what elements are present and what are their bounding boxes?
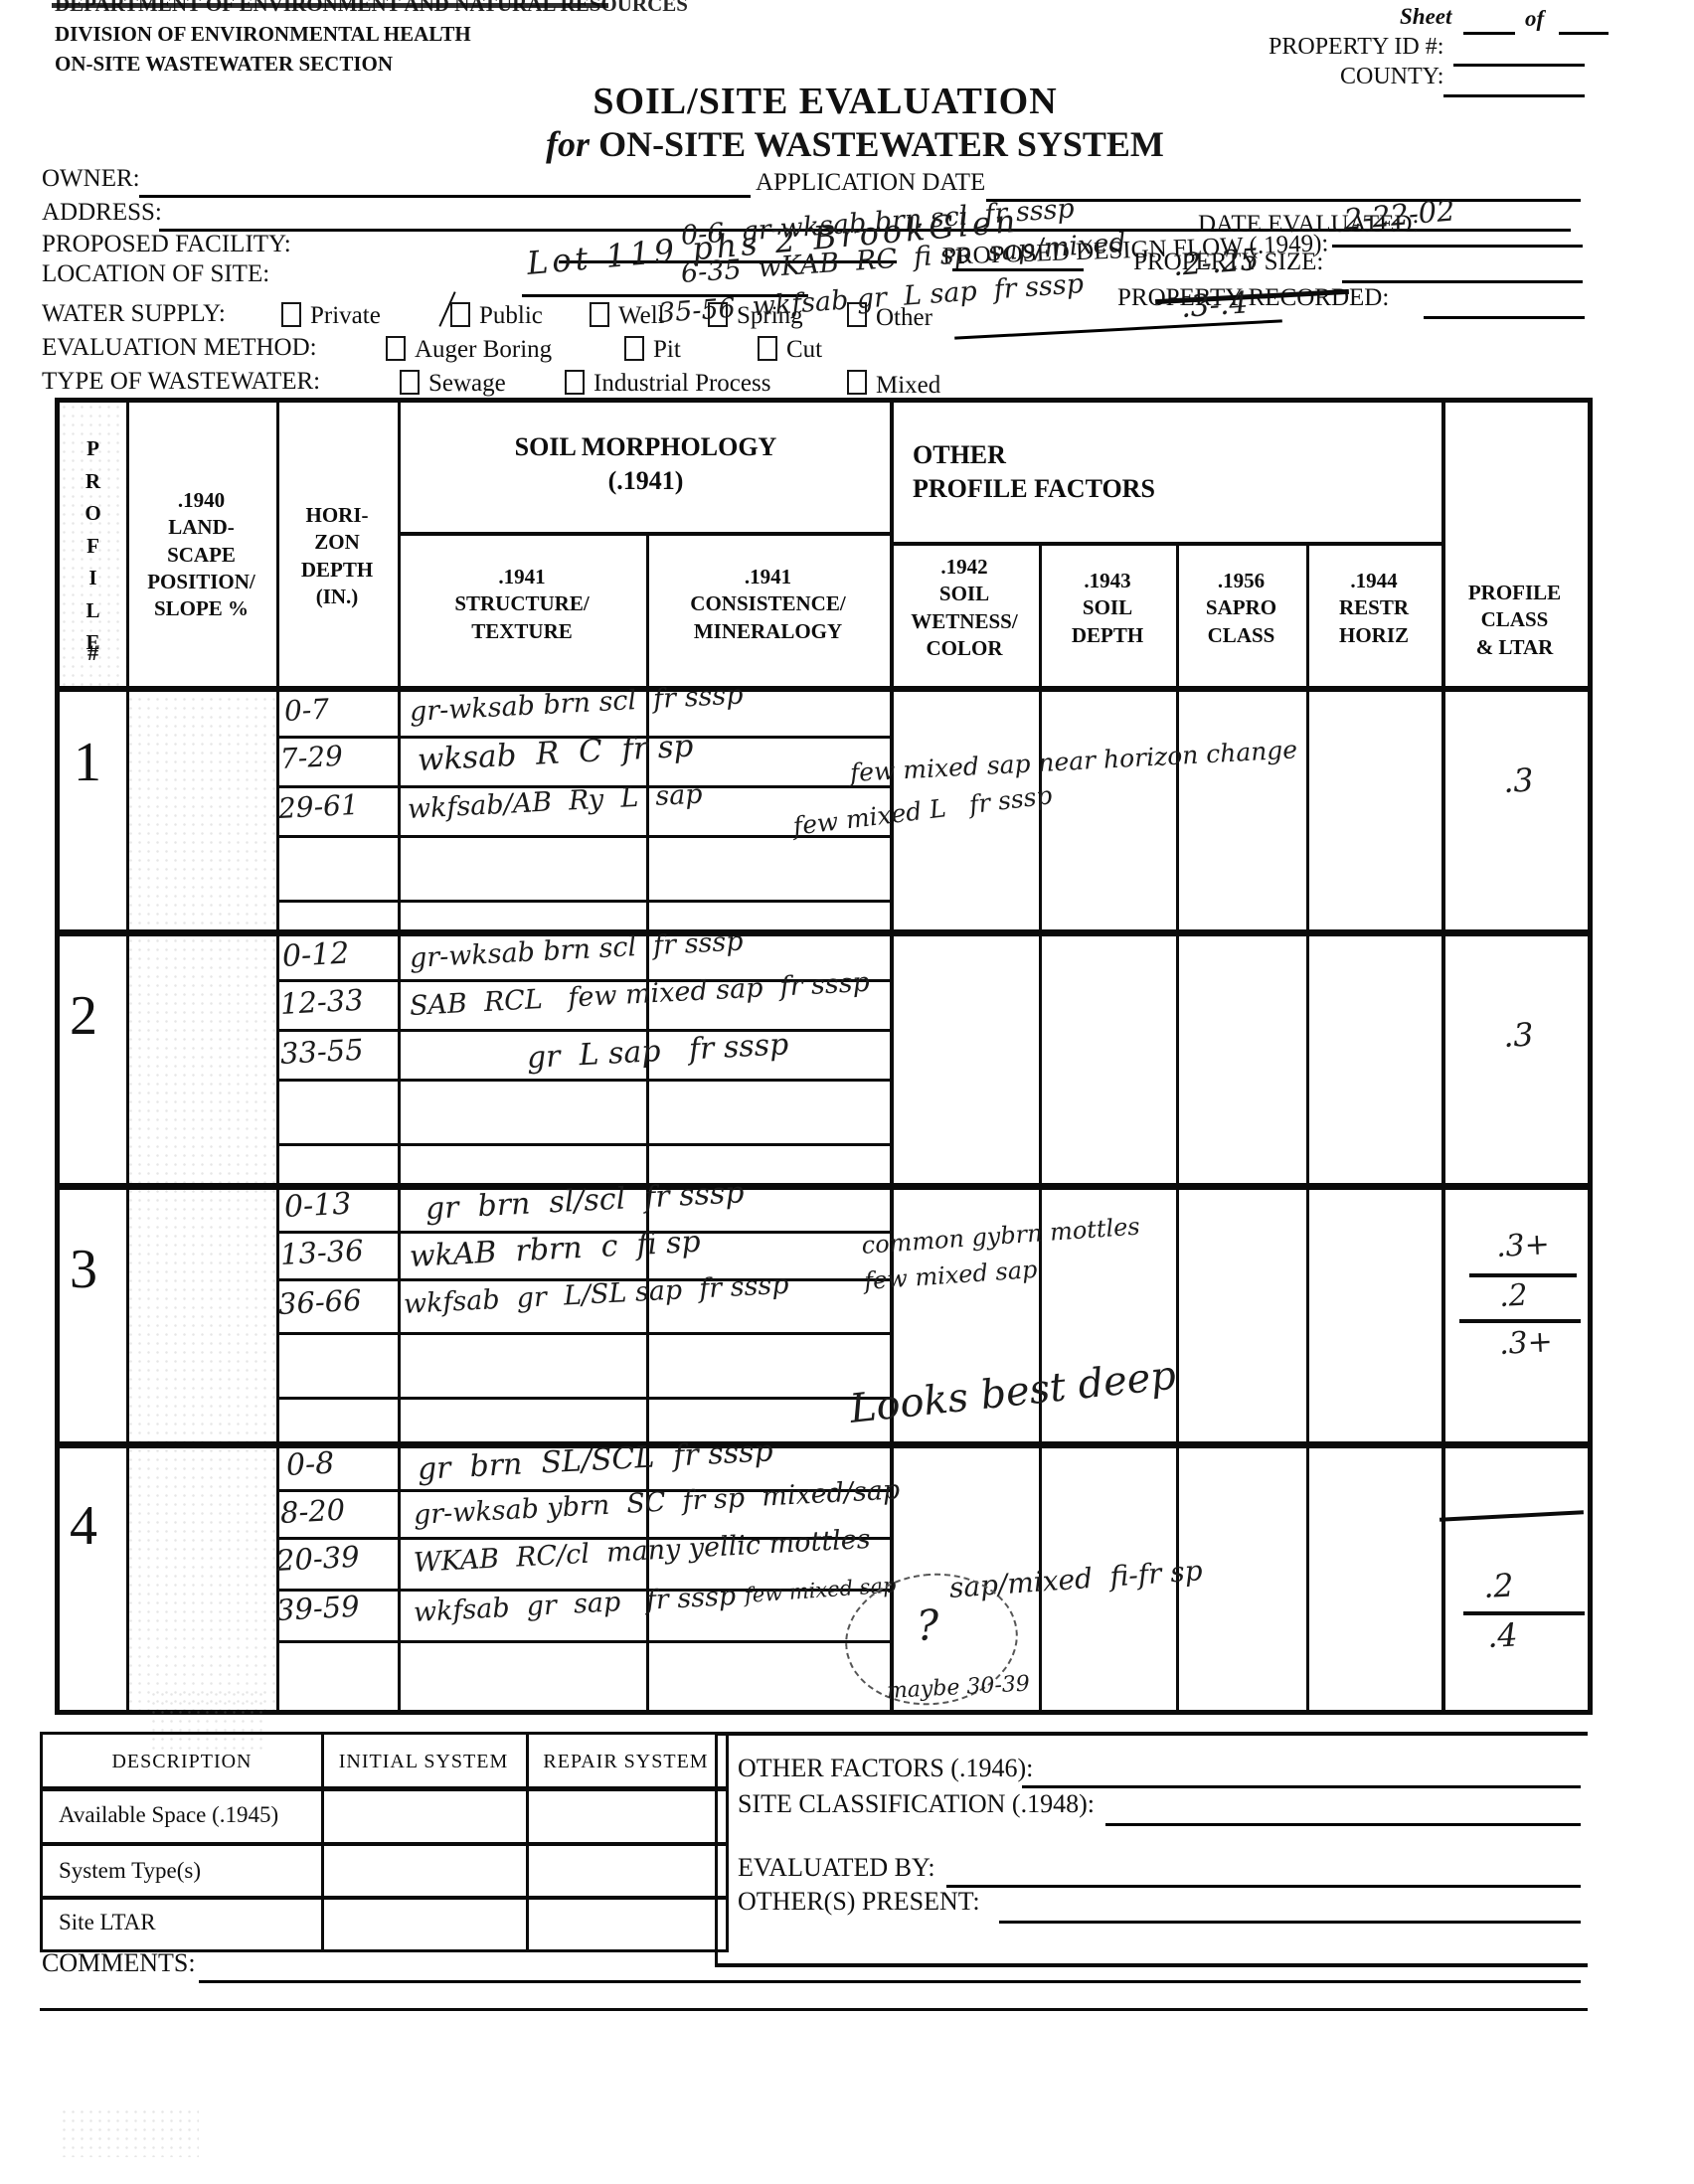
profile-column-header: P R O F I L E (60, 432, 126, 659)
owner-blank[interactable] (139, 195, 751, 198)
property-id-blank[interactable] (1453, 64, 1585, 67)
comments-blank[interactable] (199, 1980, 1581, 1983)
wastewater-type-label: TYPE OF WASTEWATER: (42, 368, 320, 396)
page-bottom-line (40, 2008, 1588, 2011)
site-classification-label: SITE CLASSIFICATION (.1948): (738, 1789, 1095, 1819)
eval-cut-label: Cut (786, 336, 822, 364)
p3-h2-depth: 13-36 (279, 1234, 364, 1271)
others-present-blank[interactable] (999, 1921, 1581, 1924)
profile-separator (60, 929, 1588, 936)
property-recorded-blank[interactable] (1424, 316, 1585, 319)
p3-class-value-3: .3+ (1498, 1324, 1554, 1362)
p3-class-value-1: .3+ (1495, 1227, 1551, 1264)
site-ltar-row-label: Site LTAR (59, 1910, 156, 1935)
p1-h1-depth: 0-7 (283, 693, 330, 728)
eval-cut-checkbox[interactable] (758, 336, 777, 361)
location-of-site-label: LOCATION OF SITE: (42, 260, 269, 288)
evaluated-by-blank[interactable] (946, 1885, 1581, 1888)
ww-sewage-label: Sewage (428, 370, 506, 398)
application-date-label: APPLICATION DATE (756, 169, 985, 197)
p1-h2-depth: 7-29 (279, 740, 344, 775)
profile-1-number: 1 (74, 731, 101, 794)
soil-wetness-header: .1942 SOIL WETNESS/ COLOR (890, 554, 1039, 662)
p2-h2-desc: SAB RCL few mixed sap fr sssp (409, 967, 870, 1022)
available-space-row-label: Available Space (.1945) (59, 1802, 278, 1828)
profile-3-number: 3 (70, 1238, 97, 1301)
water-supply-other-blank[interactable] (954, 319, 1282, 339)
landscape-header: .1940 LAND- SCAPE POSITION/ SLOPE % (126, 487, 276, 622)
owner-label: OWNER: (42, 165, 140, 193)
horizon-row-line (276, 1640, 893, 1643)
col-divider (1176, 542, 1179, 1710)
evaluated-by-label: EVALUATED BY: (738, 1853, 935, 1883)
sapro-class-header: .1956 SAPRO CLASS (1176, 568, 1306, 649)
soil-morphology-header: SOIL MORPHOLOGY (.1941) (398, 430, 894, 498)
system-types-repair-cell[interactable] (529, 1846, 726, 1896)
p4-h1-depth: 0-8 (285, 1445, 335, 1482)
ww-mixed-label: Mixed (876, 372, 940, 400)
col-divider (1039, 542, 1042, 1710)
p4-class-value-2: .4 (1486, 1615, 1518, 1655)
horizon-row-line (276, 1332, 893, 1335)
horizon-row-line (276, 1079, 893, 1082)
p3-note-looks-best-deep: Looks best deep (848, 1353, 1178, 1432)
sheet-label: Sheet (1400, 4, 1451, 30)
ww-mixed-checkbox[interactable] (847, 370, 867, 395)
p4-h4-depth: 39-59 (275, 1590, 360, 1627)
p4-class-underline (1463, 1611, 1585, 1615)
other-factors-box-top (715, 1732, 1588, 1736)
horizon-row-line (276, 1029, 893, 1032)
form-subtitle-rest: ON-SITE WASTEWATER SYSTEM (590, 124, 1164, 164)
horizon-row-line (276, 1397, 893, 1400)
profile-2-number: 2 (70, 984, 97, 1048)
p2-h1-depth: 0-12 (281, 935, 350, 973)
ww-sewage-checkbox[interactable] (400, 370, 420, 395)
sheet-total-blank[interactable] (1559, 32, 1609, 35)
p4-h2-depth: 8-20 (279, 1493, 346, 1530)
application-date-blank[interactable] (986, 199, 1581, 202)
profile-4-number: 4 (70, 1494, 97, 1558)
proposed-facility-label: PROPOSED FACILITY: (42, 231, 291, 258)
morphology-group-divider (398, 532, 894, 536)
water-supply-public-label: Public (479, 302, 543, 330)
p2-h3-desc: gr L sap fr sssp (526, 1027, 789, 1076)
p4-h3-desc: WKAB RC/cl many yellic mottles (413, 1524, 871, 1579)
p3-class-underline-1 (1469, 1273, 1577, 1277)
other-profile-factors-header: OTHER PROFILE FACTORS (913, 438, 1330, 506)
header-bottom-line (60, 686, 1588, 692)
agency-line3: ON-SITE WASTEWATER SECTION (55, 52, 393, 77)
soil-profile-table: P R O F I L E # .1940 LAND- SCAPE POSITI… (55, 398, 1593, 1715)
evaluation-method-label: EVALUATION METHOD: (42, 334, 317, 362)
p2-class-value: .3 (1502, 1015, 1534, 1055)
p3-h3-desc: wkfsab gr L/SL sap fr sssp (403, 1269, 789, 1320)
system-types-row-label: System Type(s) (59, 1858, 201, 1884)
form-subtitle: for ON-SITE WASTEWATER SYSTEM (0, 123, 1694, 165)
p4-note-question-mark: ? (916, 1600, 940, 1650)
system-types-initial-cell[interactable] (324, 1846, 526, 1896)
property-id-label: PROPERTY ID #: (1269, 34, 1443, 61)
horizon-row-line (276, 900, 893, 903)
p1-note-horizon-change: few mixed sap near horizon change (849, 735, 1298, 787)
p4-h3-depth: 20-39 (275, 1540, 360, 1578)
p1-note-few-mixed: few mixed L fr sssp (791, 780, 1054, 841)
p3-h1-depth: 0-13 (283, 1186, 352, 1224)
p4-class-overline (1440, 1510, 1584, 1522)
date-evaluated-blank[interactable] (1332, 245, 1583, 248)
p1-class-value: .3 (1502, 760, 1534, 800)
profile-class-ltar-header: PROFILE CLASS & LTAR (1441, 580, 1588, 661)
eval-pit-label: Pit (653, 336, 681, 364)
available-space-initial-cell[interactable] (324, 1791, 526, 1842)
water-supply-well-checkbox[interactable] (590, 302, 609, 327)
other-factors-blank[interactable] (1022, 1785, 1581, 1788)
margin-note-line2-value: .2-.25 (1172, 243, 1261, 283)
p4-class-value-1: .2 (1482, 1566, 1514, 1605)
address-label: ADDRESS: (42, 199, 162, 227)
margin-note-line3-value: .3-.4 (1180, 285, 1250, 325)
other-factors-label: OTHER FACTORS (.1946): (738, 1754, 1033, 1783)
site-classification-blank[interactable] (1105, 1823, 1581, 1826)
system-description-table: DESCRIPTION INITIAL SYSTEM REPAIR SYSTEM… (40, 1732, 729, 1952)
scan-cutoff-artifact (52, 3, 608, 8)
profile-hash-header: # (60, 639, 126, 668)
p1-h3-depth: 29-61 (277, 788, 359, 825)
horizon-depth-header: HORI- ZON DEPTH (IN.) (276, 502, 398, 610)
p3-class-value-2: .2 (1498, 1278, 1528, 1314)
p3-h3-depth: 36-66 (277, 1283, 362, 1321)
sheet-number-blank[interactable] (1463, 32, 1515, 35)
description-column-header: DESCRIPTION (43, 1749, 321, 1774)
consistence-mineralogy-header: .1941 CONSISTENCE/ MINERALOGY (646, 564, 890, 645)
ww-industrial-label: Industrial Process (593, 370, 770, 398)
scan-noise (60, 2107, 199, 2157)
col-divider (1306, 542, 1309, 1710)
scanned-form-page: DEPARTMENT OF ENVIRONMENT AND NATURAL RE… (0, 0, 1694, 2184)
structure-texture-header: .1941 STRUCTURE/ TEXTURE (398, 564, 646, 645)
others-present-label: OTHER(S) PRESENT: (738, 1887, 980, 1917)
other-factors-box-left (715, 1732, 718, 1965)
eval-auger-boring-label: Auger Boring (415, 336, 552, 364)
eval-auger-boring-checkbox[interactable] (386, 336, 406, 361)
agency-line2: DIVISION OF ENVIRONMENTAL HEALTH (55, 22, 471, 47)
p2-h2-depth: 12-33 (279, 983, 364, 1021)
available-space-repair-cell[interactable] (529, 1791, 726, 1842)
scan-noise (126, 686, 276, 1710)
horizon-row-line (276, 1143, 893, 1146)
initial-system-column-header: INITIAL SYSTEM (321, 1749, 526, 1774)
eval-pit-checkbox[interactable] (624, 336, 644, 361)
p3-note-mottles: common gybrn mottles few mixed sap (860, 1209, 1143, 1299)
property-size-blank[interactable] (1342, 280, 1583, 283)
p3-class-underline-2 (1459, 1319, 1581, 1323)
ww-industrial-checkbox[interactable] (565, 370, 585, 395)
restr-horiz-header: .1944 RESTR HORIZ (1306, 568, 1441, 649)
form-subtitle-for: for (546, 124, 590, 164)
site-ltar-initial-cell[interactable] (324, 1900, 526, 1949)
comments-label: COMMENTS: (42, 1948, 196, 1978)
sheet-of-label: of (1525, 6, 1544, 32)
water-supply-label: WATER SUPPLY: (42, 300, 226, 328)
soil-depth-header: .1943 SOIL DEPTH (1039, 568, 1176, 649)
water-supply-public-checkbox[interactable] (450, 302, 470, 327)
other-factors-box-bottom (715, 1963, 1588, 1967)
form-title: SOIL/SITE EVALUATION (0, 80, 1650, 123)
water-supply-private-checkbox[interactable] (281, 302, 301, 327)
site-ltar-repair-cell[interactable] (529, 1900, 726, 1949)
repair-system-column-header: REPAIR SYSTEM (526, 1749, 726, 1774)
other-factors-group-divider (890, 542, 1445, 546)
p2-h3-depth: 33-55 (279, 1033, 364, 1071)
water-supply-private-label: Private (310, 302, 381, 330)
